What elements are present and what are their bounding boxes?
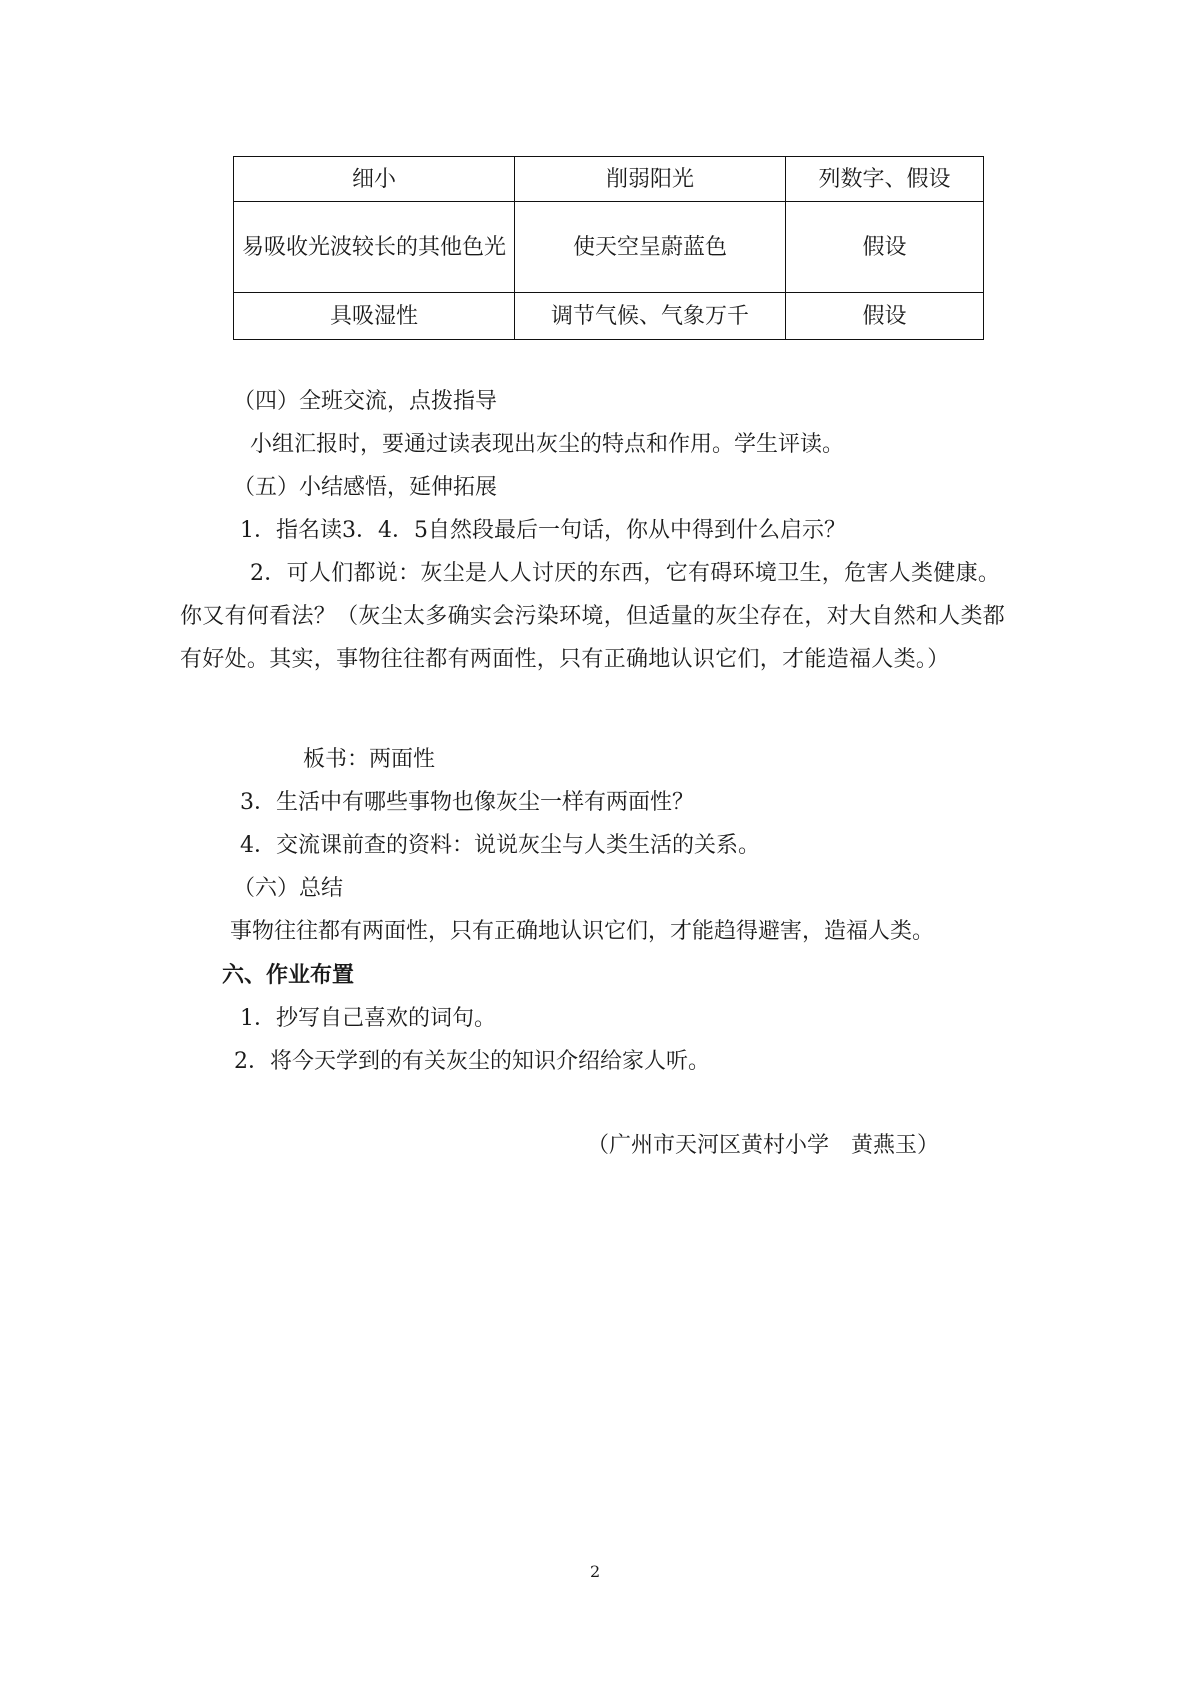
table-row: 细小 削弱阳光 列数字、假设 — [234, 157, 984, 202]
table-cell-effect: 削弱阳光 — [515, 157, 786, 202]
table-row: 易吸收光波较长的其他色光 使天空呈蔚蓝色 假设 — [234, 202, 984, 293]
table-cell-effect: 使天空呈蔚蓝色 — [515, 202, 786, 293]
section6-text: 事物往往都有两面性，只有正确地认识它们，才能趋得避害，造福人类。 — [230, 917, 934, 947]
section5-item4: 4．交流课前查的资料：说说灰尘与人类生活的关系。 — [240, 831, 760, 861]
section5-heading: （五）小结感悟，延伸拓展 — [233, 473, 497, 503]
table-cell-effect: 调节气候、气象万千 — [515, 293, 786, 340]
table-cell-feature: 细小 — [234, 157, 515, 202]
table-cell-method: 假设 — [786, 293, 984, 340]
feature-table: 细小 削弱阳光 列数字、假设 易吸收光波较长的其他色光 使天空呈蔚蓝色 假设 具… — [233, 156, 984, 340]
table-cell-method: 列数字、假设 — [786, 157, 984, 202]
page-number: 2 — [590, 1562, 600, 1581]
board-note: 板书：两面性 — [303, 745, 435, 775]
section4-text: 小组汇报时，要通过读表现出灰尘的特点和作用。学生评读。 — [250, 430, 844, 460]
table-cell-method: 假设 — [786, 202, 984, 293]
section5-item1: 1．指名读3．4．5自然段最后一句话，你从中得到什么启示？ — [240, 516, 846, 546]
table-cell-feature: 易吸收光波较长的其他色光 — [234, 202, 515, 293]
section5-item3: 3．生活中有哪些事物也像灰尘一样有两面性？ — [240, 788, 694, 818]
table-cell-feature: 具吸湿性 — [234, 293, 515, 340]
section6-heading: （六）总结 — [233, 874, 343, 904]
table-row: 具吸湿性 调节气候、气象万千 假设 — [234, 293, 984, 340]
document-page: 细小 削弱阳光 列数字、假设 易吸收光波较长的其他色光 使天空呈蔚蓝色 假设 具… — [0, 0, 1191, 1684]
section5-item2: 2．可人们都说：灰尘是人人讨厌的东西，它有碍环境卫生，危害人类健康。你又有何看法… — [180, 552, 1010, 681]
homework-heading: 六、作业布置 — [222, 961, 354, 991]
homework-item2: 2．将今天学到的有关灰尘的知识介绍给家人听。 — [234, 1047, 710, 1077]
section4-heading: （四）全班交流，点拨指导 — [233, 387, 497, 417]
author-credit: （广州市天河区黄村小学 黄燕玉） — [587, 1131, 939, 1161]
homework-item1: 1．抄写自己喜欢的词句。 — [240, 1004, 496, 1034]
